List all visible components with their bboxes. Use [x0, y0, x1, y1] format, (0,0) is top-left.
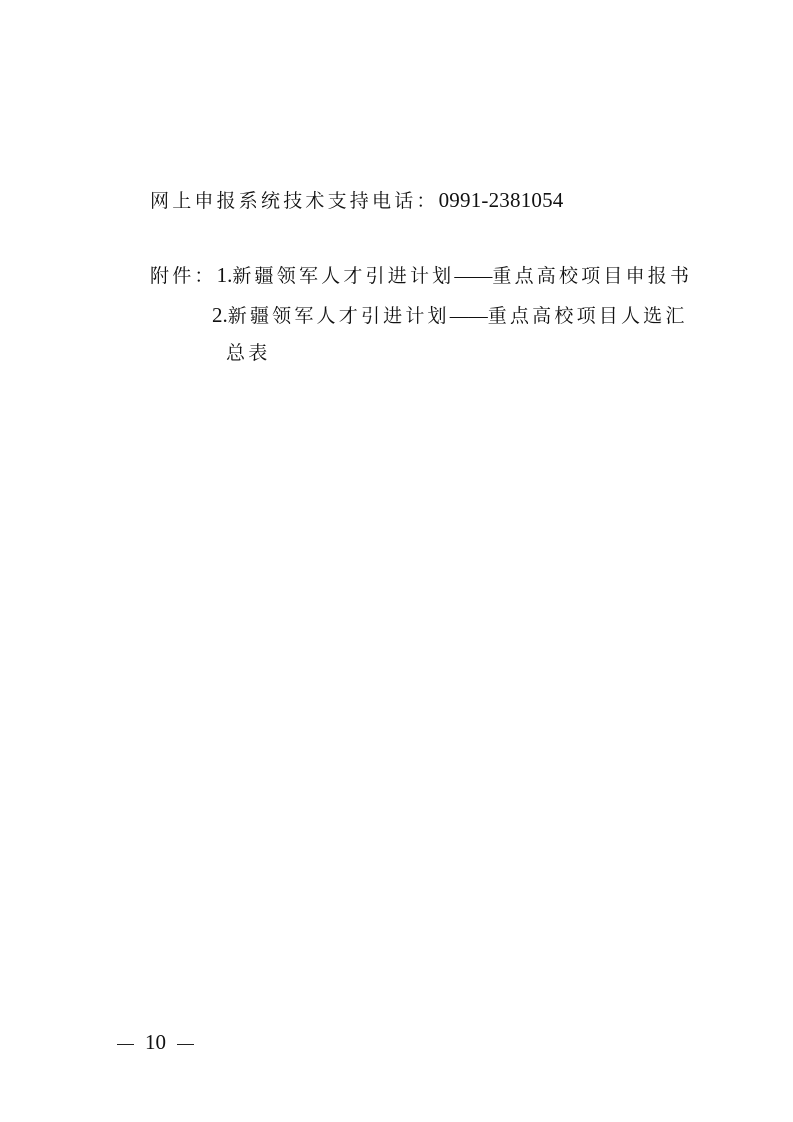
attachment-index: 1.	[217, 263, 233, 287]
attachment-title-part: 重点高校项目申报书	[492, 265, 692, 287]
support-phone-line: 网上申报系统技术支持电话：0991-2381054	[150, 190, 564, 211]
attachment-title-part: 重点高校项目人选汇	[488, 305, 688, 327]
attachment-title-part: 新疆领军人才引进计划	[232, 265, 454, 287]
page-number-dash-left	[117, 1044, 134, 1045]
support-phone-label: 网上申报系统技术支持电话：	[150, 190, 439, 212]
attachment-title-continuation: 总表	[226, 342, 270, 364]
page-number-value: 10	[145, 1030, 166, 1054]
attachment-item-2: 2.新疆领军人才引进计划——重点高校项目人选汇	[212, 305, 688, 326]
page-number: 10	[106, 1030, 205, 1055]
attachment-item-1: 附件：1.新疆领军人才引进计划——重点高校项目申报书	[150, 265, 692, 286]
support-phone-number: 0991-2381054	[439, 188, 564, 212]
attachment-title-part: 新疆领军人才引进计划	[228, 305, 450, 327]
attachment-index: 2.	[212, 303, 228, 327]
em-dash: ——	[450, 306, 488, 327]
attachment-item-2-continuation: 总表	[226, 344, 270, 363]
page-number-dash-right	[177, 1044, 194, 1045]
em-dash: ——	[454, 266, 492, 287]
attachments-label: 附件：	[150, 265, 217, 287]
